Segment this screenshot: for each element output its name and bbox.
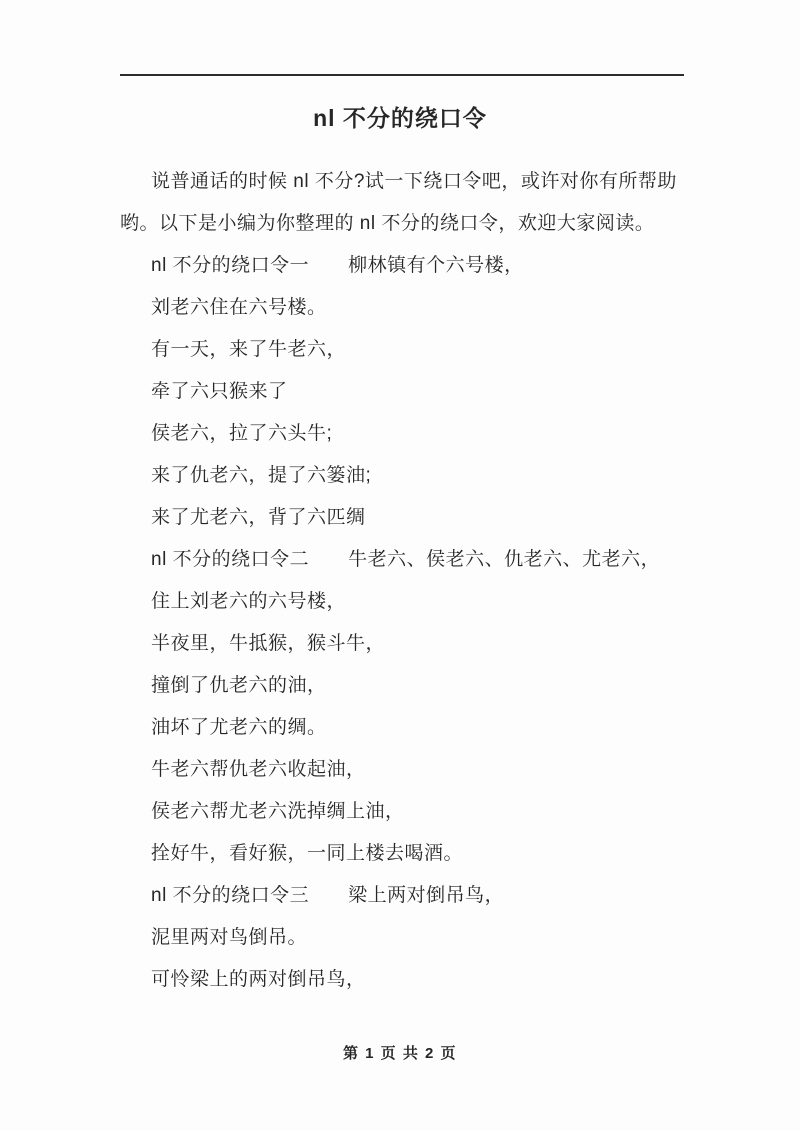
paragraph-line: 牵了六只猴来了 — [120, 371, 720, 413]
paragraph-line: 半夜里，牛抵猴，猴斗牛， — [120, 623, 720, 665]
paragraph-line: 来了仇老六，提了六篓油; — [120, 455, 720, 497]
paragraph-line: 刘老六住在六号楼。 — [120, 287, 720, 329]
header-rule — [120, 74, 684, 76]
paragraph-line: nl 不分的绕口令一 柳林镇有个六号楼， — [120, 245, 720, 287]
paragraph-line: 牛老六帮仇老六收起油， — [120, 749, 720, 791]
paragraph-line: 泥里两对鸟倒吊。 — [120, 917, 720, 959]
paragraph-line: nl 不分的绕口令二 牛老六、侯老六、仇老六、尤老六， — [120, 539, 720, 581]
paragraph-line: 来了尤老六，背了六匹绸 — [120, 497, 720, 539]
paragraph-line: 住上刘老六的六号楼， — [120, 581, 720, 623]
paragraph-line: nl 不分的绕口令三 梁上两对倒吊鸟， — [120, 875, 720, 917]
paragraph-line: 有一天，来了牛老六， — [120, 329, 720, 371]
paragraph-line: 说普通话的时候 nl 不分?试一下绕口令吧，或许对你有所帮助 — [120, 161, 720, 203]
document-page: nl 不分的绕口令 说普通话的时候 nl 不分?试一下绕口令吧，或许对你有所帮助… — [0, 0, 800, 1131]
paragraph-line: 哟。以下是小编为你整理的 nl 不分的绕口令，欢迎大家阅读。 — [120, 203, 720, 245]
paragraph-line: 可怜梁上的两对倒吊鸟， — [120, 959, 720, 1001]
page-title: nl 不分的绕口令 — [0, 103, 800, 133]
paragraph-line: 拴好牛，看好猴，一同上楼去喝酒。 — [120, 833, 720, 875]
document-body: 说普通话的时候 nl 不分?试一下绕口令吧，或许对你有所帮助 哟。以下是小编为你… — [120, 161, 720, 1001]
paragraph-line: 侯老六帮尤老六洗掉绸上油， — [120, 791, 720, 833]
page-number-label: 第 1 页 共 2 页 — [343, 1045, 457, 1062]
paragraph-line: 撞倒了仇老六的油， — [120, 665, 720, 707]
page-footer: 第 1 页 共 2 页 — [0, 1044, 800, 1064]
paragraph-line: 侯老六，拉了六头牛; — [120, 413, 720, 455]
paragraph-line: 油坏了尤老六的绸。 — [120, 707, 720, 749]
